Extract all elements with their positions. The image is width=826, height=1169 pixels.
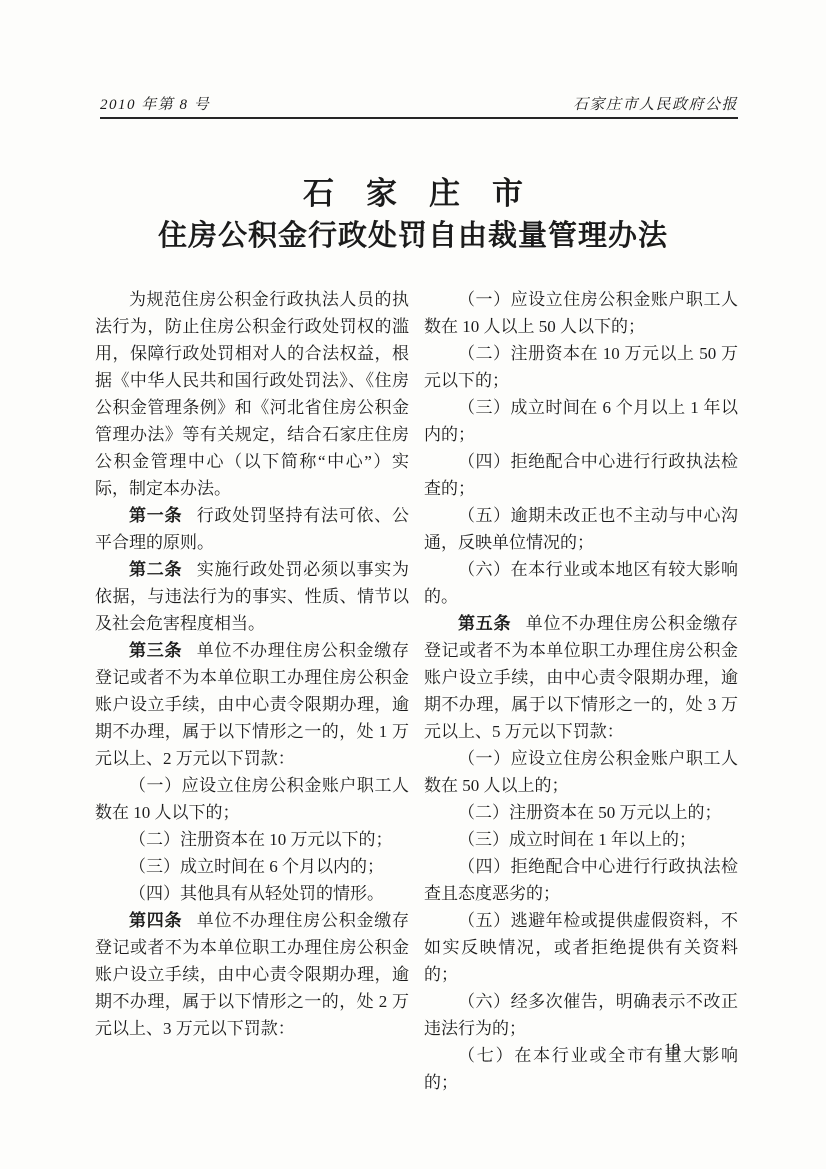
paragraph-text: （三）成立时间在 6 个月以内的； [129,857,384,876]
document-title: 石家庄市 住房公积金行政处罚自由裁量管理办法 [0,176,826,253]
paragraph: 第五条单位不办理住房公积金缴存登记或者不为本单位职工办理住房公积金账户设立手续，… [424,610,738,745]
right-column: （一）应设立住房公积金账户职工人数在 10 人以上 50 人以下的；（二）注册资… [424,286,738,1096]
paragraph-text: 单位不办理住房公积金缴存登记或者不为本单位职工办理住房公积金账户设立手续，由中心… [95,911,409,1038]
page-number: — 19 — [630,1041,714,1059]
paragraph: （六）经多次催告，明确表示不改正违法行为的； [424,988,738,1042]
paragraph-text: 单位不办理住房公积金缴存登记或者不为本单位职工办理住房公积金账户设立手续，由中心… [95,641,409,768]
page-header: 2010 年第 8 号 石家庄市人民政府公报 [100,93,738,114]
paragraph: 为规范住房公积金行政执法人员的执法行为，防止住房公积金行政处罚权的滥用，保障行政… [95,286,409,502]
paragraph: （三）成立时间在 1 年以上的； [424,826,738,853]
paragraph: （四）其他具有从轻处罚的情形。 [95,880,409,907]
article-number: 第五条 [458,614,511,633]
paragraph: （三）成立时间在 6 个月以上 1 年以内的； [424,394,738,448]
title-main-line: 住房公积金行政处罚自由裁量管理办法 [0,219,826,253]
paragraph-text: （六）在本行业或本地区有较大影响的。 [424,560,738,606]
paragraph-text: （四）拒绝配合中心进行行政执法检查的； [424,452,738,498]
paragraph: （五）逃避年检或提供虚假资料，不如实反映情况，或者拒绝提供有关资料的； [424,907,738,988]
paragraph-text: （三）成立时间在 1 年以上的； [458,830,696,849]
paragraph: （三）成立时间在 6 个月以内的； [95,853,409,880]
paragraph: 第四条单位不办理住房公积金缴存登记或者不为本单位职工办理住房公积金账户设立手续，… [95,907,409,1042]
article-number: 第三条 [129,641,182,660]
page-number-dash-right: — [698,1041,714,1058]
paragraph-text: （六）经多次催告，明确表示不改正违法行为的； [424,992,738,1038]
issue-number: 2010 年第 8 号 [100,93,210,114]
paragraph: （一）应设立住房公积金账户职工人数在 10 人以上 50 人以下的； [424,286,738,340]
title-city-line: 石家庄市 [0,176,826,212]
page-number-value: 19 [650,1041,694,1058]
paragraph: （四）拒绝配合中心进行行政执法检查的； [424,448,738,502]
paragraph: （六）在本行业或本地区有较大影响的。 [424,556,738,610]
article-number: 第四条 [129,911,182,930]
article-number: 第一条 [129,506,182,525]
paragraph-text: （一）应设立住房公积金账户职工人数在 10 人以上 50 人以下的； [424,290,738,336]
paragraph: （五）逾期未改正也不主动与中心沟通，反映单位情况的； [424,502,738,556]
paragraph-text: （一）应设立住房公积金账户职工人数在 10 人以下的； [95,776,409,822]
paragraph: （一）应设立住房公积金账户职工人数在 10 人以下的； [95,772,409,826]
publication-name: 石家庄市人民政府公报 [573,93,738,114]
paragraph-text: 单位不办理住房公积金缴存登记或者不为本单位职工办理住房公积金账户设立手续，由中心… [424,614,738,741]
paragraph: （二）注册资本在 10 万元以下的； [95,826,409,853]
paragraph: （四）拒绝配合中心进行行政执法检查且态度恶劣的； [424,853,738,907]
article-body: 为规范住房公积金行政执法人员的执法行为，防止住房公积金行政处罚权的滥用，保障行政… [95,286,738,1096]
paragraph-text: （二）注册资本在 10 万元以下的； [129,830,393,849]
paragraph: （二）注册资本在 50 万元以上的； [424,799,738,826]
paragraph: 第一条行政处罚坚持有法可依、公平合理的原则。 [95,502,409,556]
paragraph-text: （一）应设立住房公积金账户职工人数在 50 人以上的； [424,749,738,795]
paragraph-text: （五）逃避年检或提供虚假资料，不如实反映情况，或者拒绝提供有关资料的； [424,911,738,984]
paragraph-text: （三）成立时间在 6 个月以上 1 年以内的； [424,398,738,444]
paragraph-text: （四）拒绝配合中心进行行政执法检查且态度恶劣的； [424,857,738,903]
paragraph-text: （二）注册资本在 10 万元以上 50 万元以下的； [424,344,738,390]
paragraph: 第二条实施行政处罚必须以事实为依据，与违法行为的事实、性质、情节以及社会危害程度… [95,556,409,637]
paragraph-text: 为规范住房公积金行政执法人员的执法行为，防止住房公积金行政处罚权的滥用，保障行政… [95,290,409,498]
paragraph-text: （五）逾期未改正也不主动与中心沟通，反映单位情况的； [424,506,738,552]
paragraph: （二）注册资本在 10 万元以上 50 万元以下的； [424,340,738,394]
article-number: 第二条 [129,560,182,579]
paragraph: 第三条单位不办理住房公积金缴存登记或者不为本单位职工办理住房公积金账户设立手续，… [95,637,409,772]
page-number-dash-left: — [630,1041,646,1058]
paragraph-text: （二）注册资本在 50 万元以上的； [458,803,722,822]
header-rule [100,117,738,119]
paragraph-text: （四）其他具有从轻处罚的情形。 [129,884,384,903]
left-column: 为规范住房公积金行政执法人员的执法行为，防止住房公积金行政处罚权的滥用，保障行政… [95,286,409,1096]
paragraph: （一）应设立住房公积金账户职工人数在 50 人以上的； [424,745,738,799]
